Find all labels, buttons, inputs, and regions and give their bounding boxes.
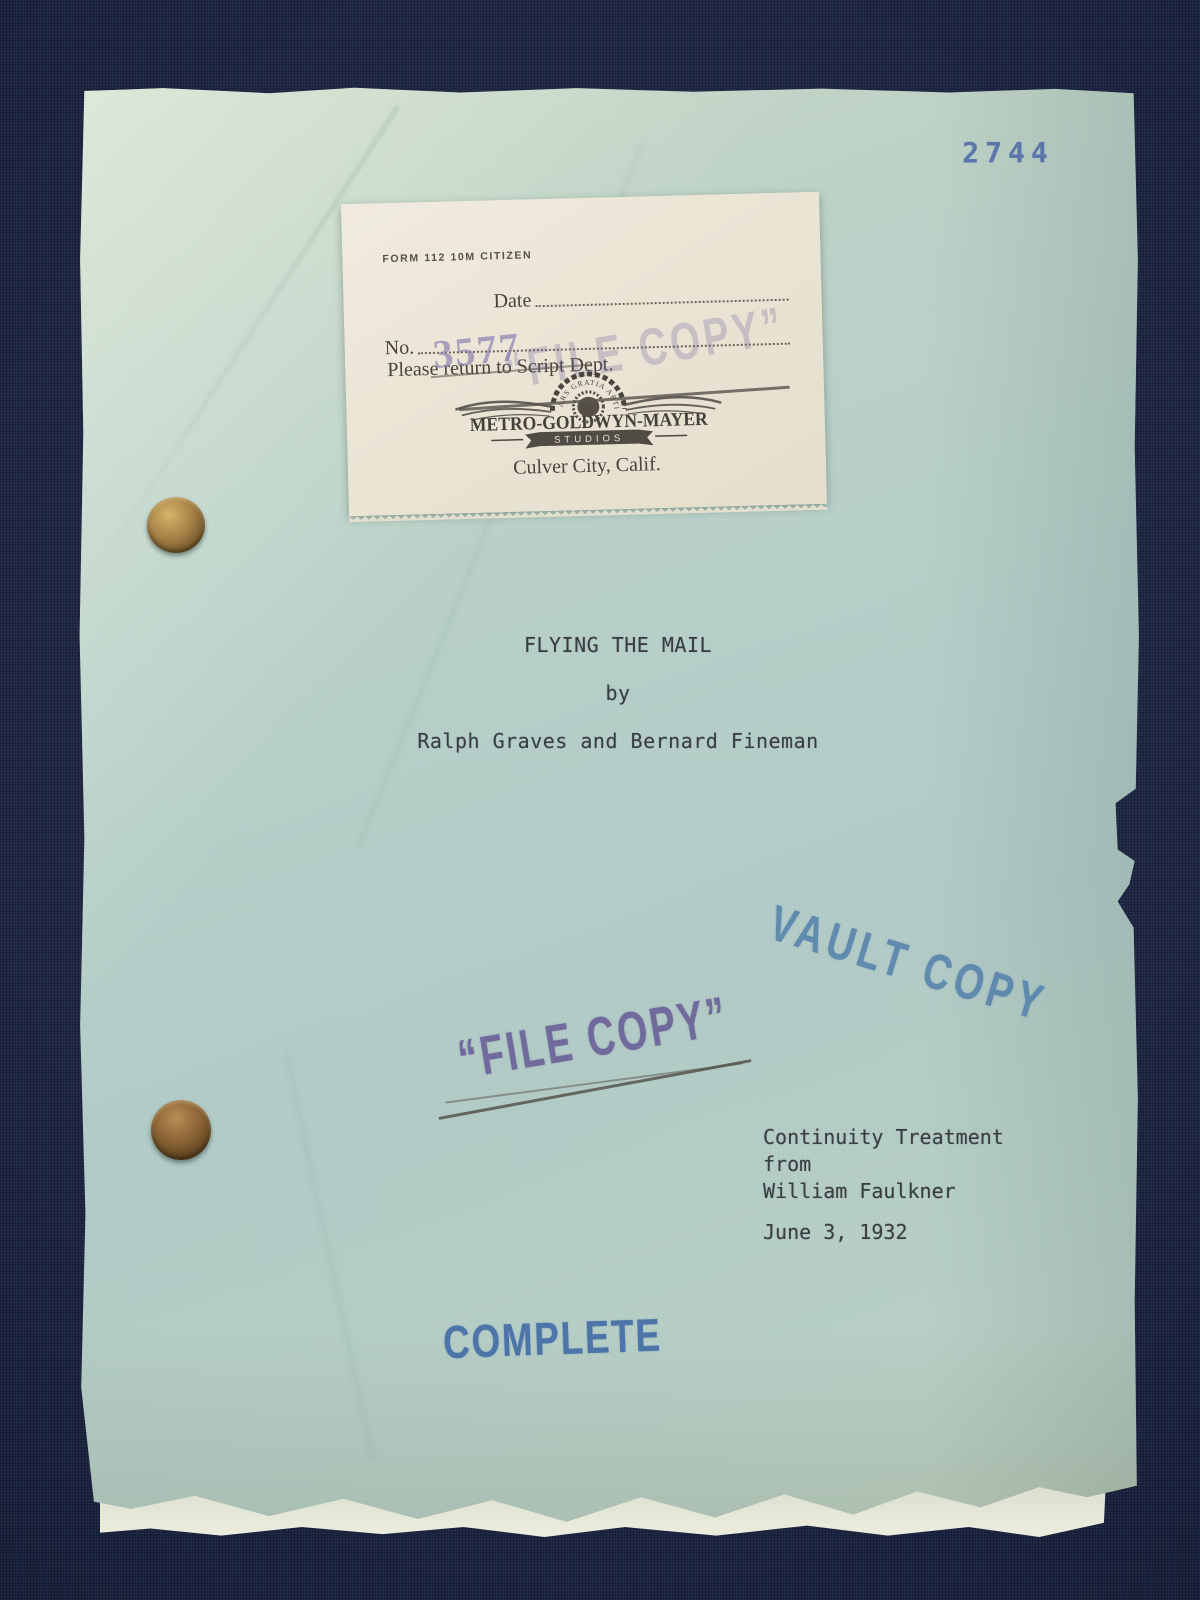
cover-crease — [284, 1050, 374, 1461]
mgm-logo-studios: STUDIOS — [554, 433, 624, 446]
treatment-line: Continuity Treatment — [763, 1124, 1004, 1151]
catalog-number: 2744 — [928, 136, 1088, 169]
complete-stamp: COMPLETE — [442, 1309, 704, 1368]
vault-copy-stamp: VAULT COPY — [739, 893, 1077, 1035]
city-line: Culver City, Calif. — [348, 449, 826, 485]
script-cover: 2744 FORM 112 10M CITIZEN Date No. 3577 … — [78, 86, 1140, 1532]
script-dept-label: FORM 112 10M CITIZEN Date No. 3577 Pleas… — [341, 192, 827, 516]
treatment-note: Continuity Treatment from William Faulkn… — [763, 1124, 1004, 1246]
number-field-label: No. — [384, 336, 414, 360]
mgm-logo: ARS GRATIA ARTIS METRO-GOLDWYN-MAYER STU… — [437, 366, 739, 454]
treatment-line: from — [763, 1151, 1004, 1178]
treatment-date: June 3, 1932 — [763, 1219, 1004, 1246]
script-title: FLYING THE MAIL — [238, 633, 998, 657]
treatment-line: William Faulkner — [763, 1178, 1004, 1205]
file-copy-stamp: “FILE COPY” — [426, 987, 759, 1089]
label-form-number: FORM 112 10M CITIZEN — [382, 249, 532, 265]
title-block: FLYING THE MAIL by Ralph Graves and Bern… — [238, 633, 998, 753]
authors: Ralph Graves and Bernard Fineman — [238, 729, 998, 753]
byline: by — [238, 681, 998, 705]
date-field-label: Date — [493, 289, 531, 313]
brass-brad-icon — [147, 497, 205, 553]
photo-background: 2744 FORM 112 10M CITIZEN Date No. 3577 … — [0, 0, 1200, 1600]
brass-brad-icon — [151, 1100, 211, 1160]
